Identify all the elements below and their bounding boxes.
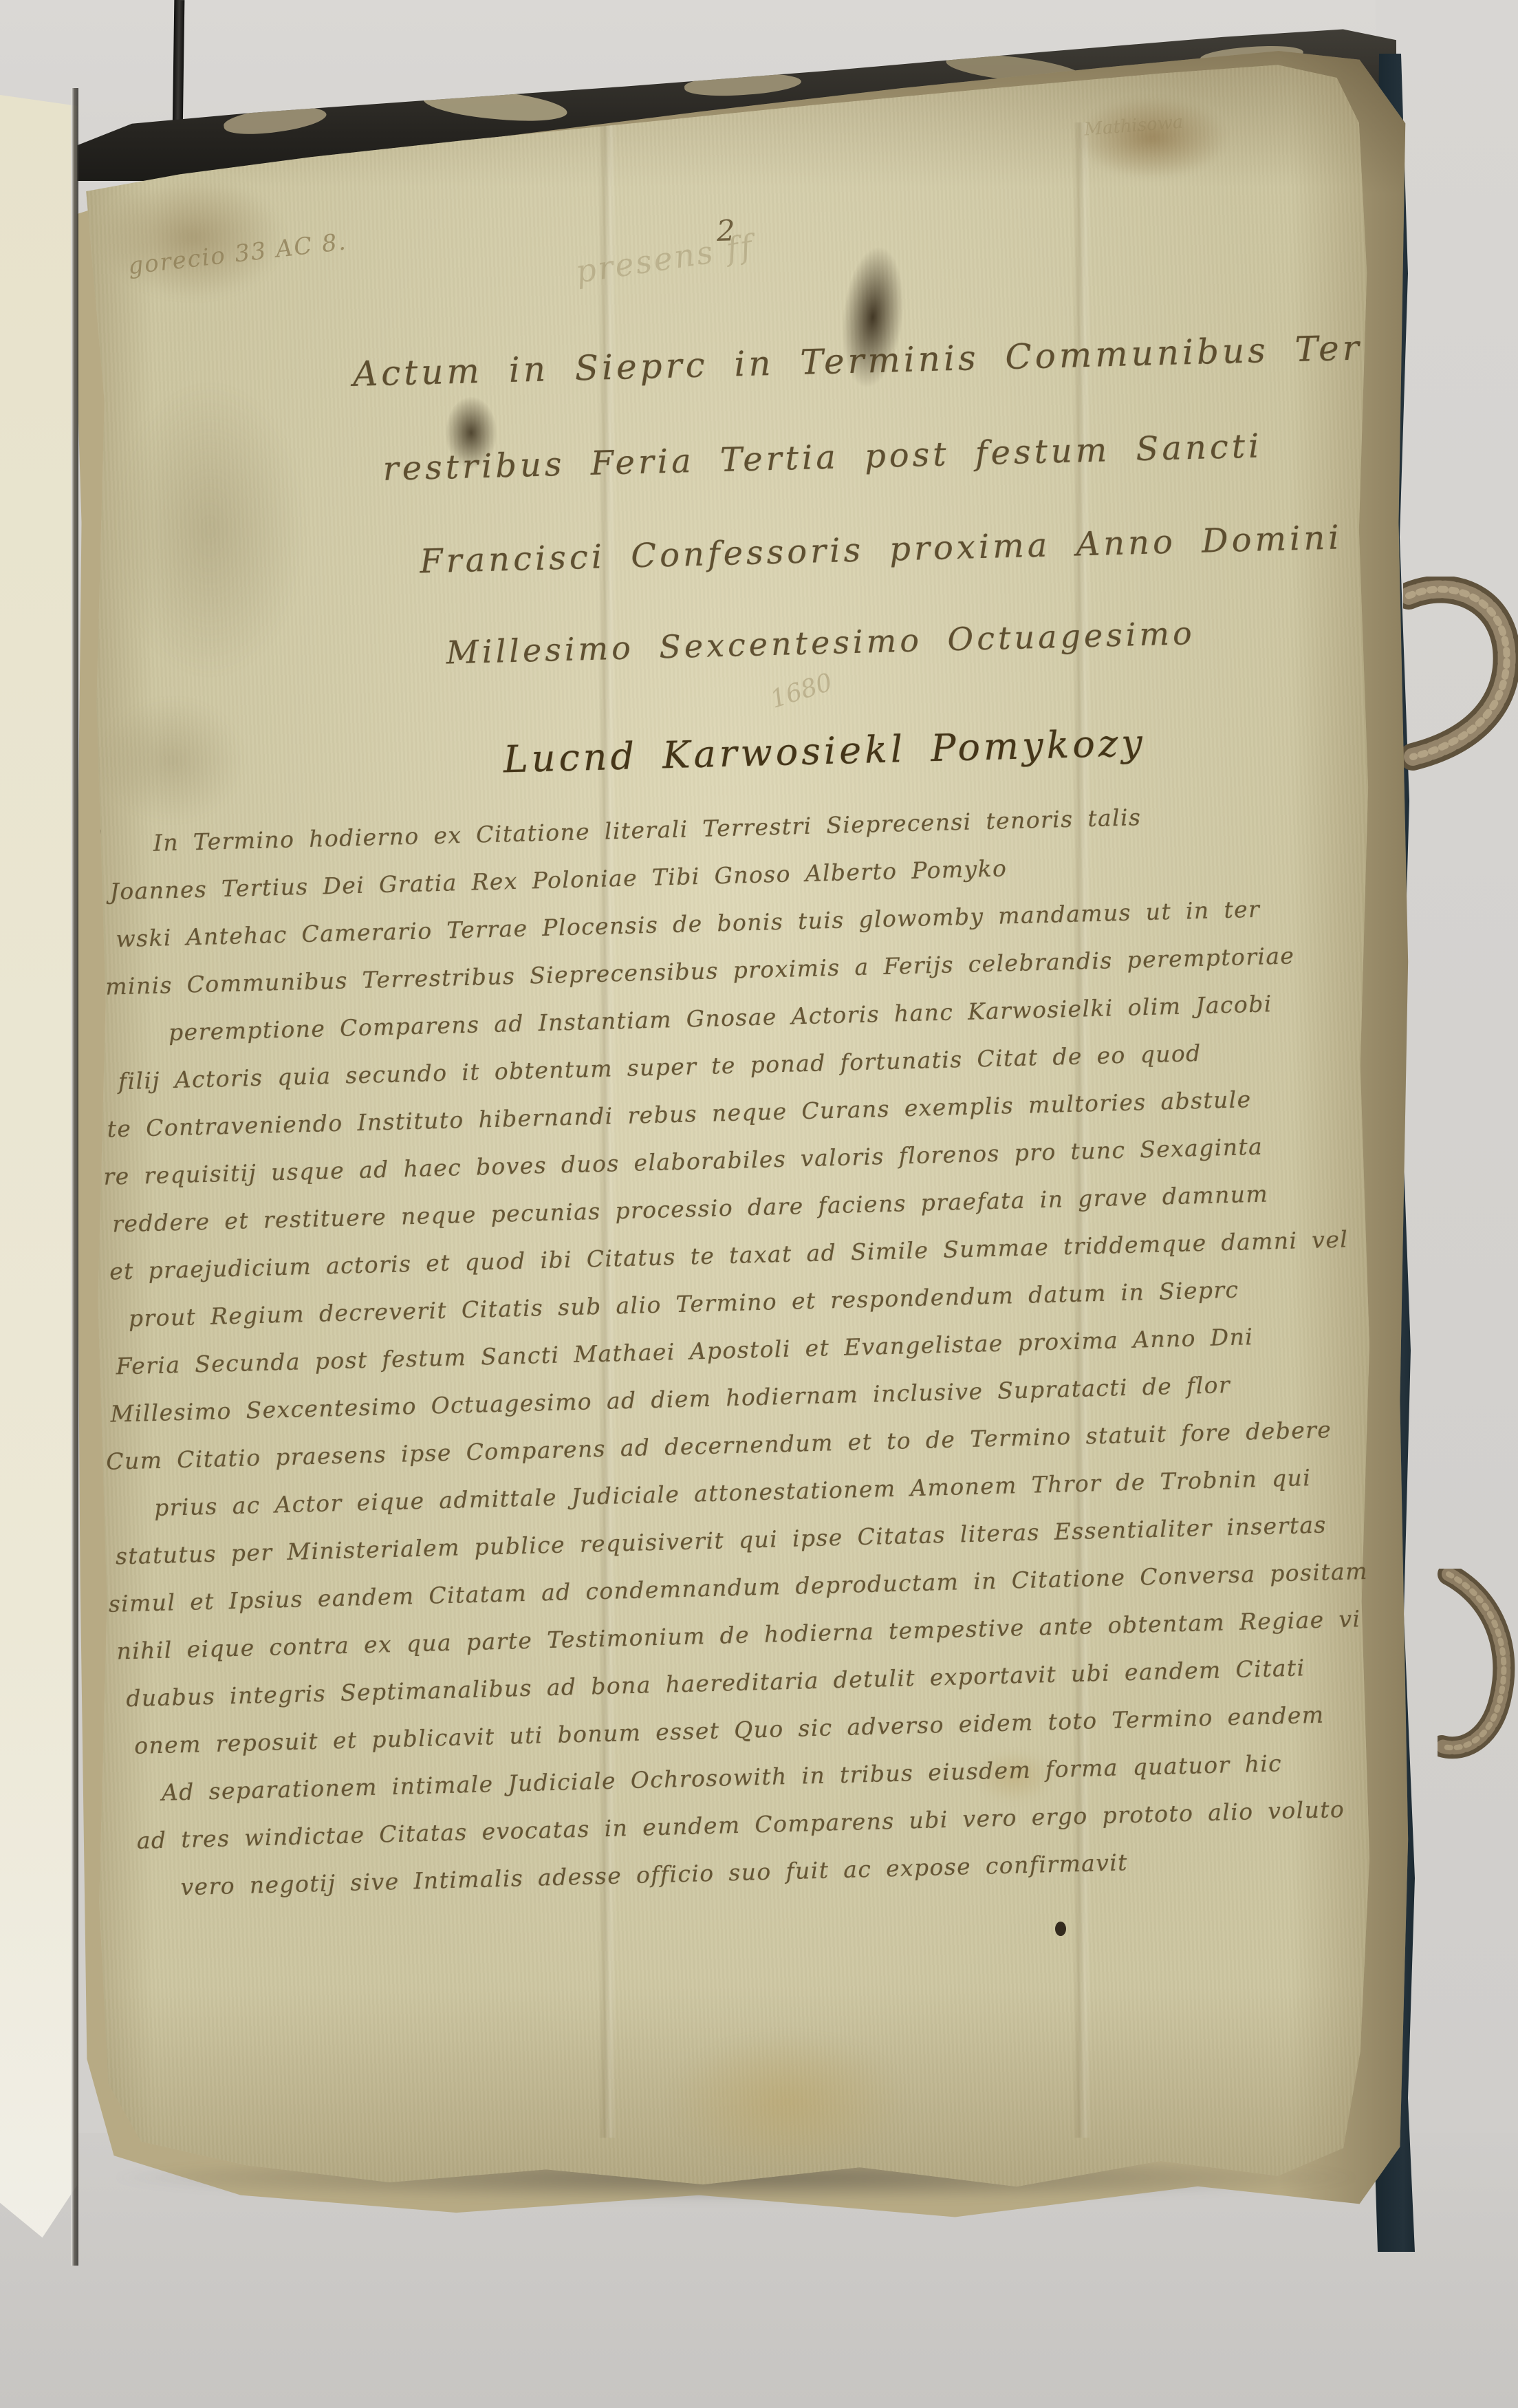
page-number: 2 (716, 213, 735, 248)
annotation-top-left: gorecio 33 AC 8. (127, 228, 348, 280)
body-line: prout Regium decreverit Citatis sub alio… (128, 1276, 1239, 1332)
body-line: Feria Secunda post festum Sancti Mathaei… (116, 1323, 1253, 1379)
body-line: In Termino hodierno ex Citatione literal… (153, 804, 1141, 857)
heading-line: Francisci Confessoris proxima Anno Domin… (420, 518, 1343, 581)
body-line: wski Antehac Camerario Terrae Plocensis … (116, 896, 1261, 953)
body-line: simul et Ipsius eandem Citatam ad condem… (108, 1558, 1368, 1617)
interline-year: 1680 (767, 668, 836, 714)
body-line: nihil eique contra ex qua parte Testimon… (116, 1605, 1361, 1664)
body-line: minis Communibus Terrestribus Sieprecens… (105, 942, 1295, 1000)
body-line: re requisitij usque ad haec boves duos e… (103, 1133, 1264, 1190)
body-line: ad tres windictae Citatas evocatas in eu… (136, 1796, 1345, 1854)
body-line: filij Actoris quia secundo it obtentum s… (118, 1040, 1202, 1095)
body-line: Cum Citatio praesens ipse Comparens ad d… (106, 1416, 1332, 1475)
annotation-top-right: Mathisowa (1083, 111, 1184, 140)
heading-line: Millesimo Sexcentesimo Octuagesimo (446, 614, 1195, 671)
body-line: Millesimo Sexcentesimo Octuagesimo ad di… (110, 1371, 1230, 1428)
case-title: Lucnd Karwosiekl Pomykozy (503, 721, 1146, 781)
body-line: onem reposuit et publicavit uti bonum es… (134, 1701, 1325, 1759)
binding-cord-top-icon (1403, 577, 1518, 776)
body-line: vero negotij sive Intimalis adesse offic… (180, 1849, 1128, 1900)
body-line: peremptione Comparens ad Instantiam Gnos… (169, 990, 1273, 1046)
body-line: statutus per Ministerialem publice requi… (115, 1511, 1327, 1569)
handwriting-layer: gorecio 33 AC 8. presens ff 2 Mathisowa … (51, 45, 1413, 2222)
body-line: Joannes Tertius Dei Gratia Rex Poloniae … (109, 854, 1007, 905)
body-line: Ad separationem intimale Judiciale Ochro… (161, 1750, 1282, 1806)
body-line: reddere et restituere neque pecunias pro… (112, 1180, 1269, 1237)
heading-line: Actum in Sieprc in Terminis Communibus T… (352, 328, 1363, 394)
page-gap-shadow (71, 88, 78, 2266)
facing-page-edge (0, 95, 77, 2272)
binding-cord-bottom-icon (1438, 1569, 1518, 1765)
body-line: et praejudicium actoris et quod ibi Cita… (109, 1225, 1349, 1284)
heading-line: restribus Feria Tertia post festum Sanct… (382, 427, 1263, 488)
body-line: duabus integris Septimanalibus ad bona h… (126, 1654, 1305, 1712)
body-line: prius ac Actor eique admittale Judiciale… (154, 1464, 1312, 1521)
body-line: te Contraveniendo Instituto hibernandi r… (107, 1086, 1252, 1143)
